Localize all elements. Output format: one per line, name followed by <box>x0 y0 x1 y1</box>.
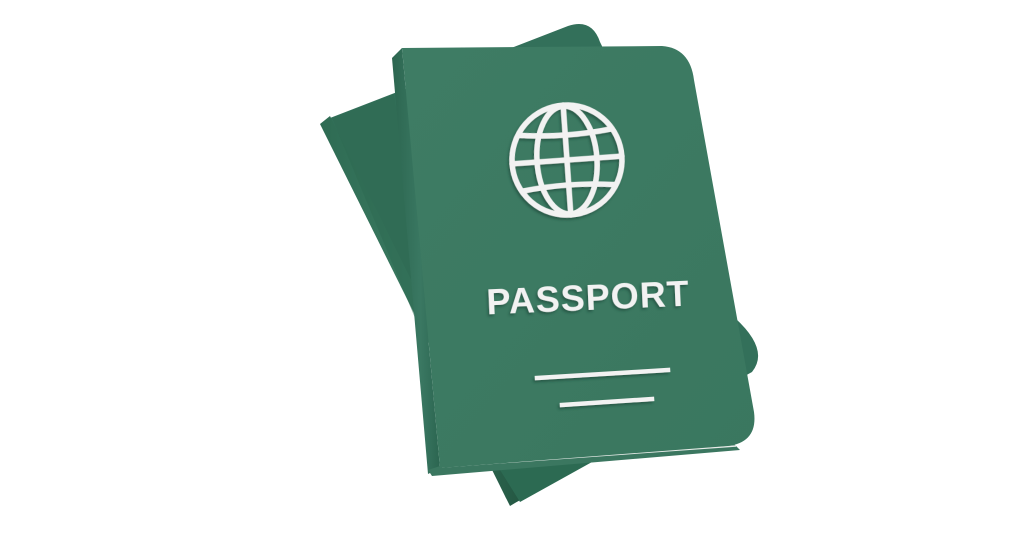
front-passport: PASSPORT <box>392 46 754 476</box>
passport-illustration: PASSPORT <box>0 0 1024 538</box>
